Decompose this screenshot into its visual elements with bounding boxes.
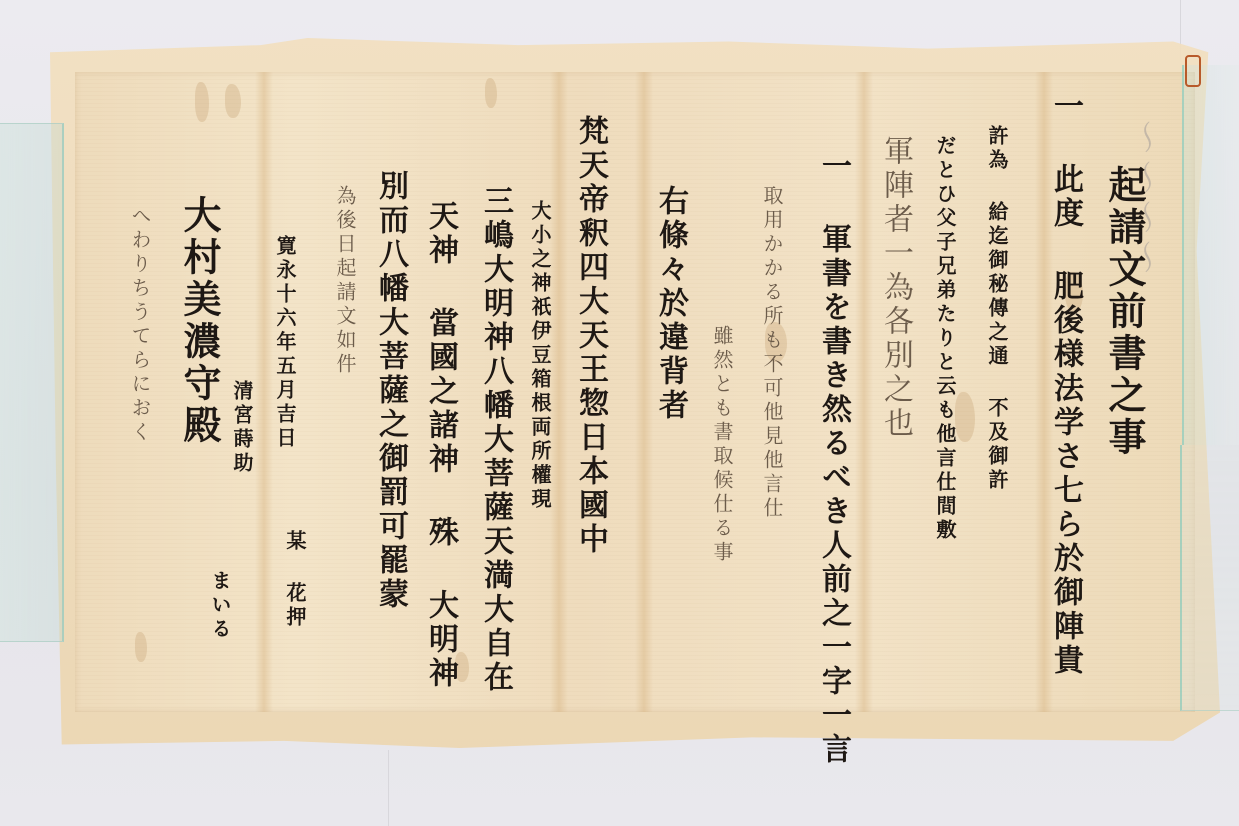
text-column: 雖然とも書取候仕る事 <box>712 325 732 565</box>
addressee: 大村美濃守殿 <box>180 195 218 447</box>
text-column: 許為 給迄御秘傳之通 不及御許 <box>987 125 1007 493</box>
text-column: 別而八幡大菩薩之御罰可罷蒙 <box>375 170 405 612</box>
text-column: へわりちうてらにおく <box>130 205 150 445</box>
sender-name: 清宮蒔助 <box>232 380 252 476</box>
fold-line <box>855 72 873 712</box>
text-column: 右條々於違背者 <box>655 185 685 423</box>
glass-plate-right <box>1182 65 1239 445</box>
closing: まいる <box>210 570 230 642</box>
text-column: 三嶋大明神八幡大菩薩天満大自在 <box>480 185 510 695</box>
text-column: だとひ父子兄弟たりと云も他言仕間敷 <box>935 135 955 543</box>
fold-line <box>635 72 653 712</box>
pin-clip-icon <box>1185 55 1201 87</box>
signature: 某 花押 <box>285 530 305 630</box>
text-column: 梵天帝釈四大天王惣日本國中 <box>575 115 605 557</box>
glass-plate-right-lower <box>1180 445 1239 711</box>
stain <box>225 84 241 118</box>
text-column: 軍陣者一為各別之也 <box>880 135 910 441</box>
stain <box>955 392 975 442</box>
text-column: 大小之神祇伊豆箱根両所權現 <box>530 200 550 512</box>
text-column: 一 軍書を書き然るべき人前之一字一言 <box>818 150 848 767</box>
text-column: 天神 當國之諸神 殊 大明神 <box>425 200 455 691</box>
stain <box>485 78 497 108</box>
document-title: 起請文前書之事 <box>1105 165 1143 459</box>
date-column: 寛永十六年五月吉日 <box>275 235 295 451</box>
background-seam <box>388 750 389 826</box>
text-column: 一 此度 肥後様法学さ七ら於御陣貴 <box>1050 90 1080 678</box>
fold-line <box>550 72 568 712</box>
glass-plate-left <box>0 123 64 642</box>
text-column: 取用かかる所も不可他見他言仕 <box>762 185 782 521</box>
fold-line <box>255 72 273 712</box>
stain <box>195 82 209 122</box>
stain <box>135 632 147 662</box>
text-column: 為後日起請文如件 <box>335 185 355 377</box>
